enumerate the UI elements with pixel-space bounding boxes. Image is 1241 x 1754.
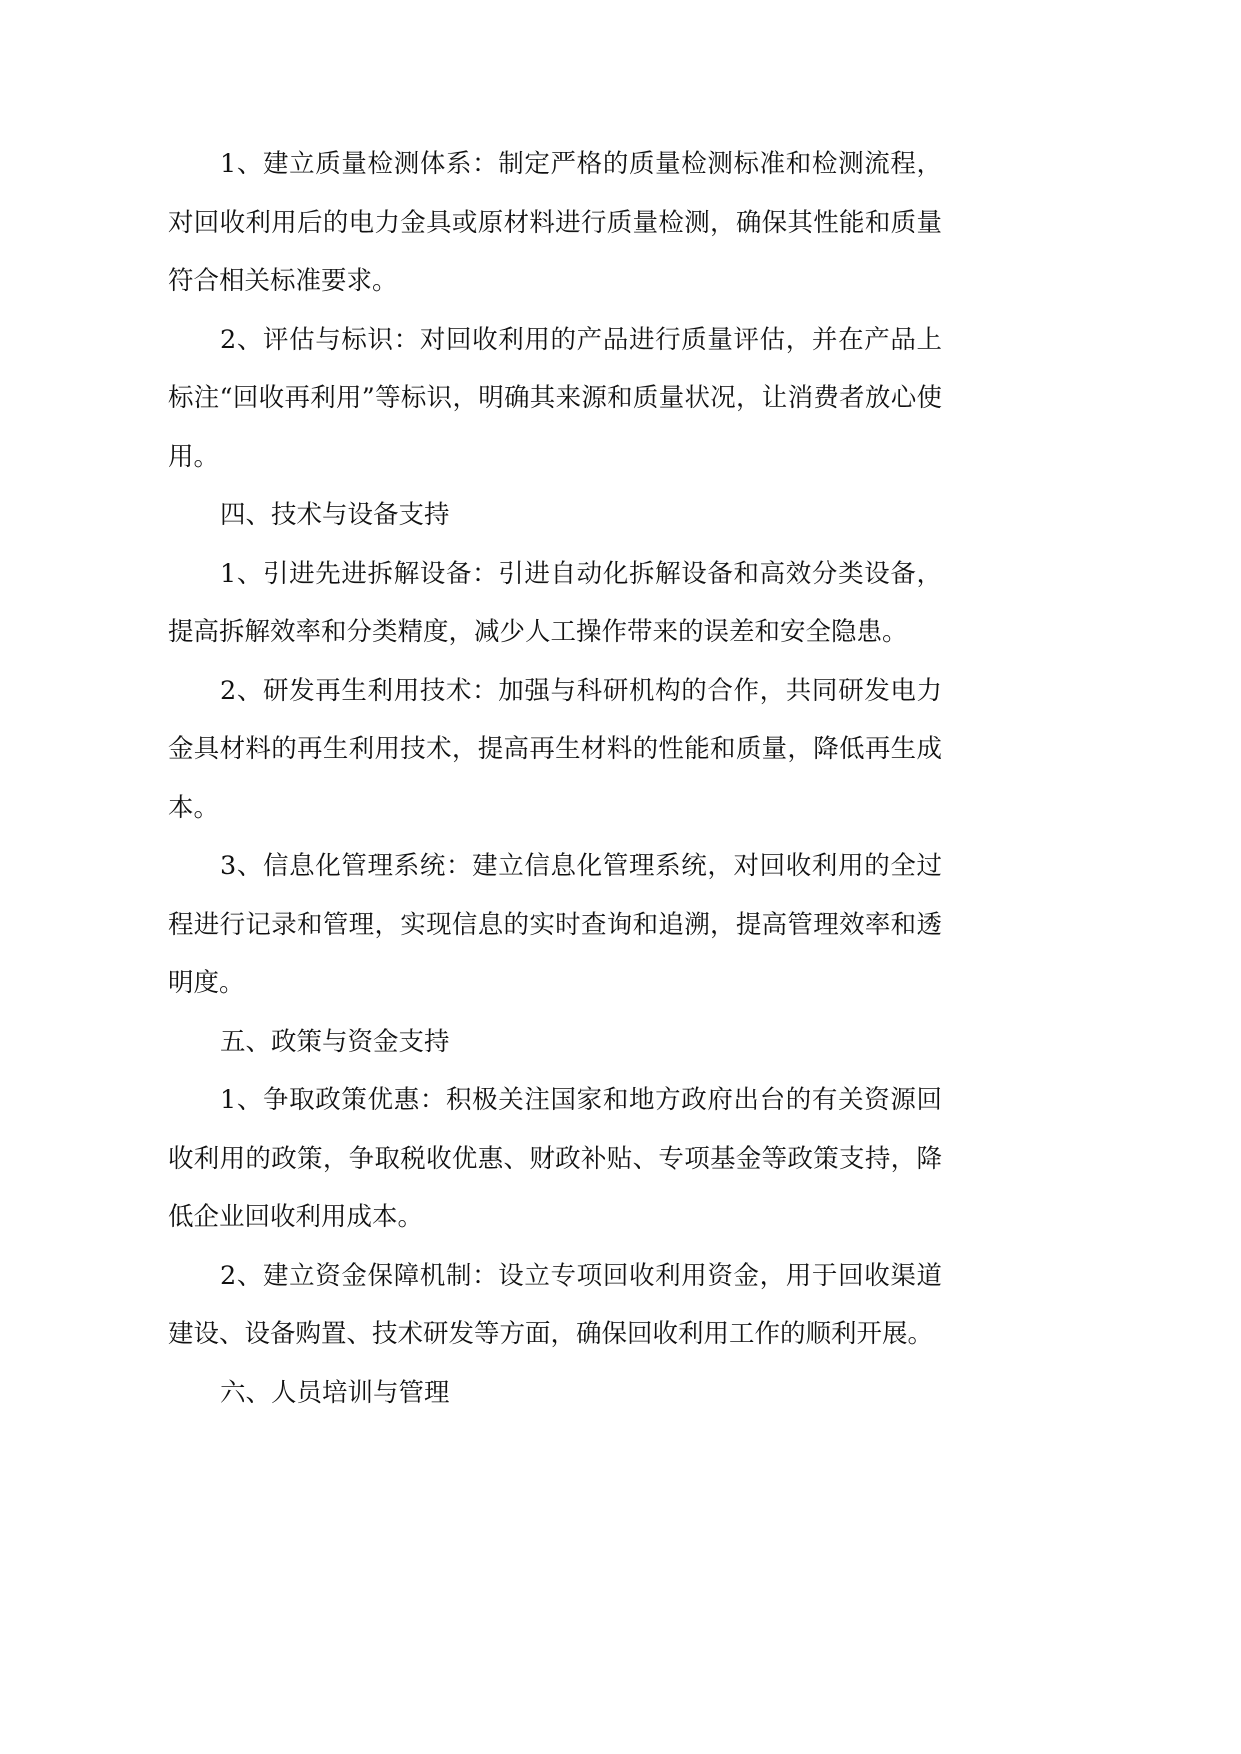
document-page: 1、建立质量检测体系：制定严格的质量检测标准和检测流程，对回收利用后的电力金具或… bbox=[168, 135, 942, 1422]
paragraph-dismantling-equipment: 1、引进先进拆解设备：引进自动化拆解设备和高效分类设备，提高拆解效率和分类精度，… bbox=[168, 545, 942, 662]
paragraph-policy-incentives: 1、争取政策优惠：积极关注国家和地方政府出台的有关资源回收利用的政策，争取税收优… bbox=[168, 1071, 942, 1247]
paragraph-quality-testing-system: 1、建立质量检测体系：制定严格的质量检测标准和检测流程，对回收利用后的电力金具或… bbox=[168, 135, 942, 311]
paragraph-info-management-system: 3、信息化管理系统：建立信息化管理系统，对回收利用的全过程进行记录和管理，实现信… bbox=[168, 837, 942, 1013]
paragraph-funding-mechanism: 2、建立资金保障机制：设立专项回收利用资金，用于回收渠道建设、设备购置、技术研发… bbox=[168, 1247, 942, 1364]
section-heading-tech-equipment: 四、技术与设备支持 bbox=[168, 486, 942, 545]
paragraph-assessment-labeling: 2、评估与标识：对回收利用的产品进行质量评估，并在产品上标注“回收再利用”等标识… bbox=[168, 311, 942, 487]
paragraph-recycling-tech-rnd: 2、研发再生利用技术：加强与科研机构的合作，共同研发电力金具材料的再生利用技术，… bbox=[168, 662, 942, 838]
section-heading-staff-training: 六、人员培训与管理 bbox=[168, 1364, 942, 1423]
section-heading-policy-funding: 五、政策与资金支持 bbox=[168, 1013, 942, 1072]
